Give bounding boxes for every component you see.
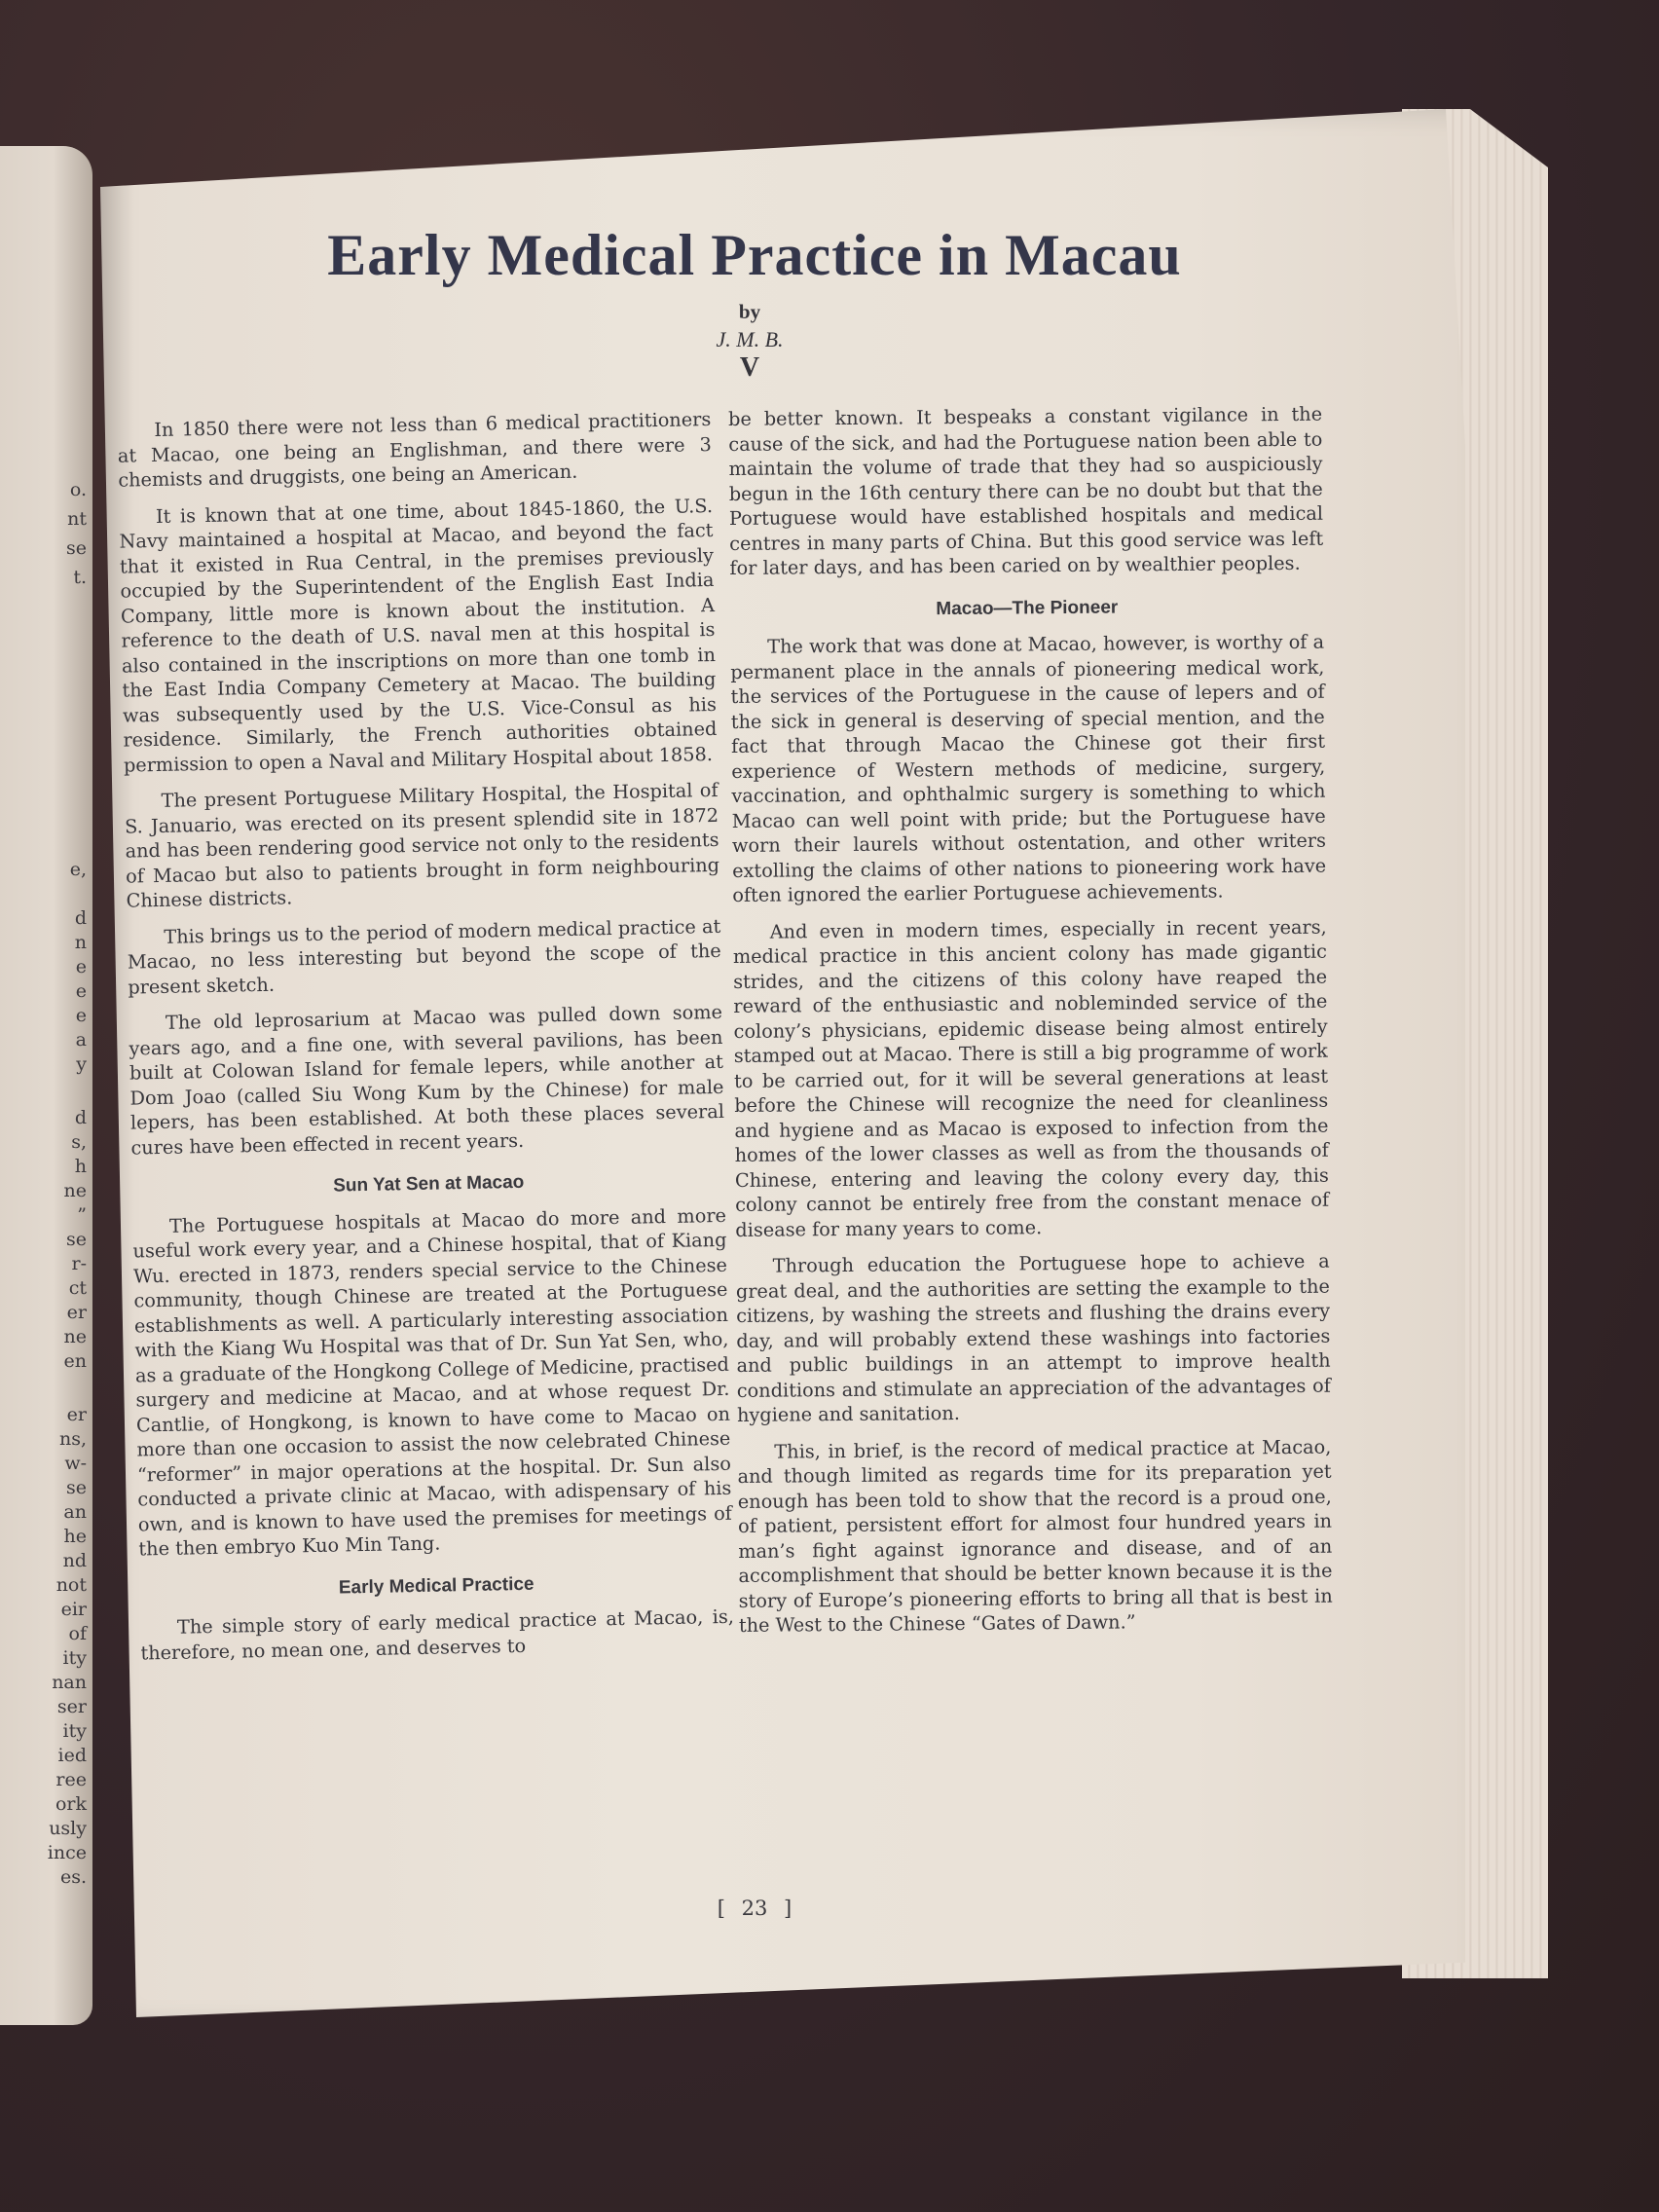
facing-page-fragment: d	[75, 905, 87, 931]
right-column: be better known. It bespeaks a constant …	[728, 402, 1333, 1650]
facing-page-fragment: ree	[55, 1767, 87, 1792]
facing-page-fragment: ne	[64, 1324, 87, 1349]
facing-page-fragment: d	[75, 1105, 87, 1130]
facing-page-fragment: t.	[73, 565, 87, 590]
author-initials: J. M. B.	[662, 327, 837, 352]
facing-page-fragment: ince	[48, 1840, 87, 1865]
paragraph: In 1850 there were not less than 6 medic…	[117, 407, 712, 493]
page-number: [ 23 ]	[706, 1897, 803, 1920]
facing-page-fragment: s,	[71, 1129, 87, 1155]
facing-page-fragment: ser	[57, 1694, 87, 1719]
paragraph: The work that was done at Macao, however…	[730, 630, 1326, 908]
facing-page-fragment: nt	[67, 506, 87, 532]
facing-page-fragment: ied	[58, 1743, 87, 1768]
facing-page-fragment: se	[66, 535, 87, 561]
facing-page-fragment: nan	[52, 1670, 87, 1695]
paragraph: The simple story of early medical practi…	[140, 1604, 735, 1666]
paragraph: This, in brief, is the record of medical…	[737, 1434, 1333, 1638]
section-heading: Macao—The Pioneer	[730, 593, 1324, 623]
facing-page-fragment: ity	[63, 1645, 87, 1671]
paragraph: The present Portuguese Military Hospital…	[124, 778, 719, 913]
facing-page-fragment: nd	[63, 1548, 87, 1573]
facing-page-fragment: se	[66, 1475, 87, 1500]
facing-page-fragment: ork	[55, 1791, 87, 1817]
left-column: In 1850 there were not less than 6 medic…	[117, 407, 735, 1677]
byline-label: by	[691, 300, 808, 324]
paragraph: The Portuguese hospitals at Macao do mor…	[132, 1202, 733, 1562]
facing-page-fragment: ct	[69, 1275, 87, 1301]
paragraph: And even in modern times, especially in …	[733, 914, 1330, 1242]
facing-page-fragment: e	[76, 978, 87, 1004]
facing-page-fragment: er	[67, 1300, 87, 1325]
facing-page-fragment: es.	[60, 1864, 87, 1890]
facing-page-fragment: se	[66, 1227, 87, 1252]
facing-page-fragment: h	[75, 1154, 87, 1179]
facing-page-fragment: e	[76, 1003, 87, 1028]
part-numeral: V	[691, 352, 808, 384]
section-heading: Early Medical Practice	[139, 1567, 733, 1604]
paragraph: This brings us to the period of modern m…	[127, 913, 721, 999]
facing-page-fragment: ity	[63, 1718, 87, 1744]
facing-page-fragment: usly	[49, 1816, 87, 1841]
facing-page: o. nt se t. e, d n e e e a y d s, h ne ”…	[0, 146, 92, 2025]
facing-page-fragment: n	[75, 930, 87, 955]
facing-page-fragment: an	[63, 1499, 87, 1525]
paragraph: The old leprosarium at Macao was pulled …	[129, 1000, 725, 1161]
paragraph: Through education the Portuguese hope to…	[736, 1249, 1332, 1428]
paragraph: It is known that at one time, about 1845…	[119, 493, 718, 777]
facing-page-fragment: w-	[64, 1451, 87, 1476]
facing-page-fragment: y	[76, 1051, 87, 1077]
facing-page-fragment: not	[56, 1572, 87, 1598]
facing-page-fragment: e	[76, 954, 87, 979]
facing-page-fragment: e,	[70, 857, 87, 882]
paragraph: be better known. It bespeaks a constant …	[728, 402, 1324, 581]
facing-page-fragment: ”	[77, 1202, 87, 1228]
facing-page-fragment: of	[69, 1621, 87, 1646]
facing-page-fragment: he	[64, 1524, 87, 1549]
facing-page-fragment: eir	[61, 1597, 87, 1622]
facing-page-fragment: en	[64, 1348, 87, 1374]
article-title: Early Medical Practice in Macau	[268, 222, 1241, 289]
facing-page-fragment: er	[67, 1402, 87, 1427]
facing-page-fragment: r-	[71, 1251, 87, 1276]
facing-page-fragment: o.	[70, 477, 87, 502]
facing-page-fragment: ns,	[59, 1426, 87, 1452]
facing-page-fragment: ne	[64, 1178, 87, 1203]
section-heading: Sun Yat Sen at Macao	[131, 1166, 725, 1202]
facing-page-fragment: a	[76, 1027, 87, 1052]
